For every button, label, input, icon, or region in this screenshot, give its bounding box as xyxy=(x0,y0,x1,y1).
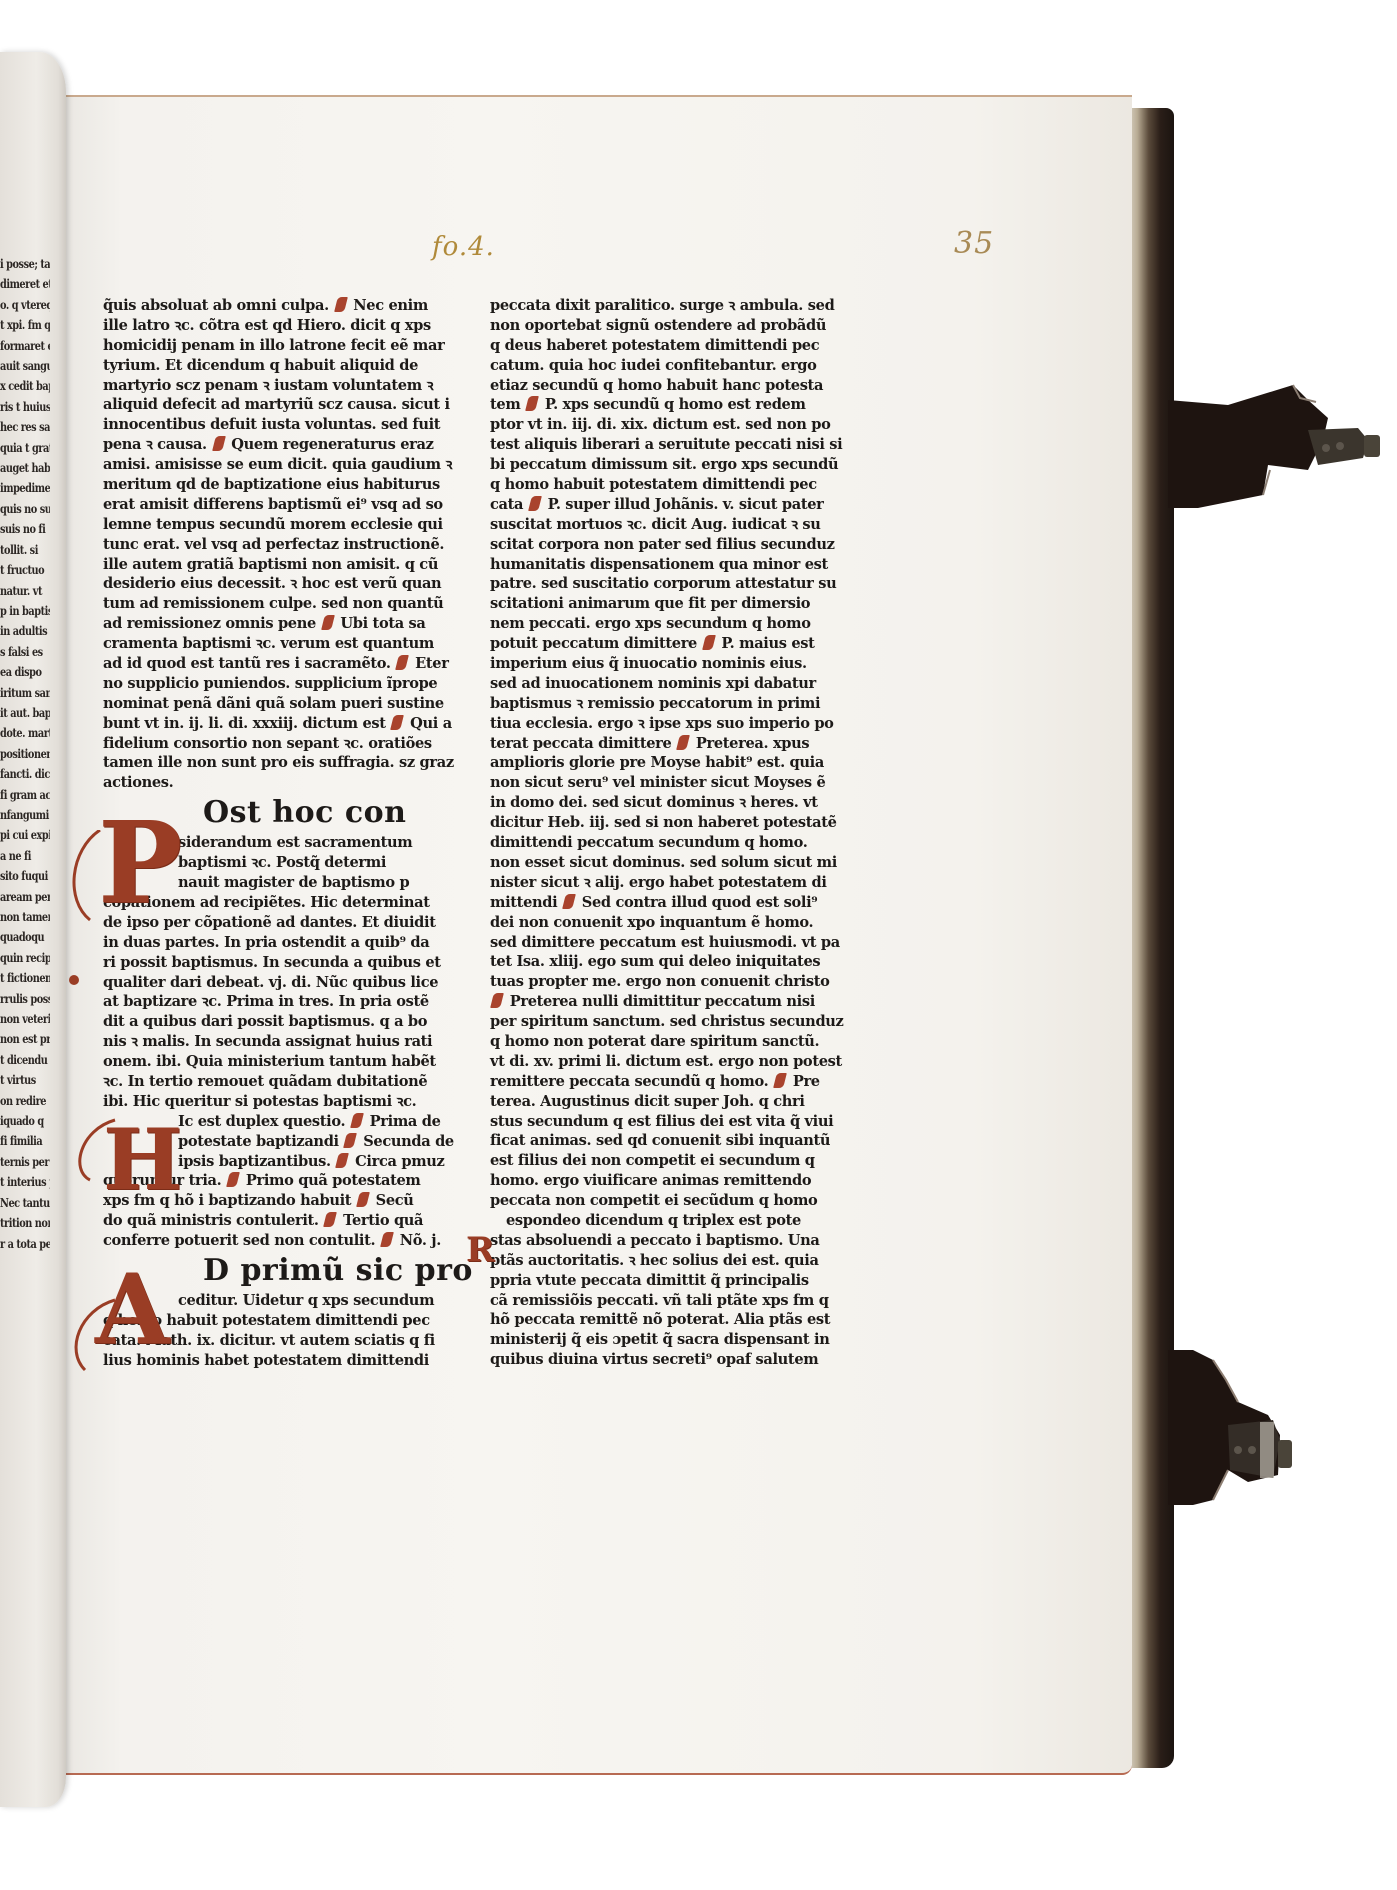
text-line: remittere peccata secundũ q homo. Pre xyxy=(490,1072,838,1092)
left-page-line: r a tota pena ab xyxy=(0,1234,50,1254)
text-line: no supplicio puniendos. supplicium ĩprop… xyxy=(103,674,443,694)
text-line: at baptizare ꝛc. Prima in tres. In pria … xyxy=(103,992,443,1012)
left-page-line: fi gram ac xyxy=(0,785,50,805)
left-page-line: p in baptis xyxy=(0,601,50,621)
left-page-line: in adultis xyxy=(0,621,50,641)
text-line: non oportebat signũ ostendere ad probãdũ xyxy=(490,316,838,336)
text-line: vt di. xv. primi li. dictum est. ergo no… xyxy=(490,1052,838,1072)
text-line: ptãs auctoritatis. ꝛ hec solius dei est.… xyxy=(490,1251,838,1271)
left-page-line: quin recipian xyxy=(0,948,50,968)
left-page-line: hec res sacri xyxy=(0,417,50,437)
paragraph-mark-icon xyxy=(525,396,539,411)
paragraph-mark-icon xyxy=(344,1133,358,1148)
left-page-line: quadoqu xyxy=(0,927,50,947)
text-line: sed dimittere peccatum est huiusmodi. vt… xyxy=(490,933,838,953)
paragraph-mark-icon xyxy=(356,1192,370,1207)
text-line: homicidij penam in illo latrone fecit eẽ… xyxy=(103,336,443,356)
text-line: ad remissionez omnis pene Ubi tota sa xyxy=(103,614,443,634)
text-line: ibi. Hic queritur si potestas baptismi ꝛ… xyxy=(103,1092,443,1112)
text-line: ꝛc. In tertio remouet quãdam dubitationẽ xyxy=(103,1072,443,1092)
text-line: hõ peccata remittẽ nõ poterat. Alia ptãs… xyxy=(490,1310,838,1330)
text-line: cã remissiõis peccati. vñ tali ptãte xps… xyxy=(490,1291,838,1311)
text-line: lemne tempus secundũ morem ecclesie qui xyxy=(103,515,443,535)
left-page-line: ea dispo xyxy=(0,662,50,682)
text-line: martyrio scz penam ꝛ iustam voluntatem ꝛ xyxy=(103,376,443,396)
text-line: dimittendi peccatum secundum q homo. xyxy=(490,833,838,853)
upper-clasp xyxy=(1168,380,1383,515)
text-line: sed ad inuocationem nominis xpi dabatur xyxy=(490,674,838,694)
text-line: tunc erat. vel vsq ad perfectaz instruct… xyxy=(103,535,443,555)
text-line: potuit peccatum dimittere P. maius est xyxy=(490,634,838,654)
left-page-line: it aut. baptis xyxy=(0,703,50,723)
text-line: dicitur Heb. iij. sed si non haberet pot… xyxy=(490,813,838,833)
left-page-line: iquado q xyxy=(0,1111,50,1131)
paragraph-mark-icon xyxy=(226,1172,240,1187)
left-page-line: t virtus xyxy=(0,1070,50,1090)
folio-annotation: fo.4. xyxy=(432,232,495,262)
text-line: ille autem gratiã baptismi non amisit. q… xyxy=(103,555,443,575)
left-page-line: auit sanguinis xyxy=(0,356,50,376)
text-line: humanitatis dispensationem qua minor est xyxy=(490,555,838,575)
paragraph-mark-icon xyxy=(350,1113,364,1128)
text-line: test aliquis liberari a seruitute peccat… xyxy=(490,435,838,455)
left-page-line: suis no fi xyxy=(0,519,50,539)
text-line: nis ꝛ malis. In secunda assignat huius r… xyxy=(103,1032,443,1052)
text-line: mittendi Sed contra illud quod est soli⁹ xyxy=(490,893,838,913)
text-line: aliquid defecit ad martyriũ scz causa. s… xyxy=(103,395,443,415)
book-cover-edge xyxy=(1128,108,1174,1768)
left-page-line: trition non tota xyxy=(0,1213,50,1233)
left-page-line: i posse; tare qu xyxy=(0,254,50,274)
text-line: in duas partes. In pria ostendit a quib⁹… xyxy=(103,933,443,953)
left-page-line: o. q vtereq bap xyxy=(0,295,50,315)
paragraph-mark-icon xyxy=(562,894,576,909)
paragraph-mark-icon xyxy=(212,436,226,451)
left-page-text: i posse; tare qudimeret etia quo. q vter… xyxy=(0,254,50,1254)
left-page-line: t fictionem xyxy=(0,968,50,988)
left-page-fragment: i posse; tare qudimeret etia quo. q vter… xyxy=(0,52,66,1807)
left-page-line: non tamen xyxy=(0,907,50,927)
text-line: espondeo dicendum q triplex est pote xyxy=(490,1211,838,1231)
left-page-line: ternis per xyxy=(0,1152,50,1172)
text-line: scitationi animarum que fit per dimersio xyxy=(490,594,838,614)
text-line: ficat animas. sed qd conuenit sibi inqua… xyxy=(490,1131,838,1151)
left-page-line: dote. mart xyxy=(0,723,50,743)
paragraph-mark-icon xyxy=(528,496,542,511)
text-line: patre. sed suscitatio corporum attestatu… xyxy=(490,574,838,594)
text-line: bi peccatum dimissum sit. ergo xps secun… xyxy=(490,455,838,475)
left-page-line: impedimentu xyxy=(0,478,50,498)
left-page-line: quis no su pa xyxy=(0,499,50,519)
text-line: amisi. amisisse se eum dicit. quia gaudi… xyxy=(103,455,443,475)
text-line: terea. Augustinus dicit super Joh. q chr… xyxy=(490,1092,838,1112)
text-line: desiderio eius decessit. ꝛ hoc est verũ … xyxy=(103,574,443,594)
text-line: tiua ecclesia. ergo ꝛ ipse xps suo imper… xyxy=(490,714,838,734)
text-line: tet Isa. xliij. ego sum qui deleo iniqui… xyxy=(490,952,838,972)
left-page-line: non veteris xyxy=(0,1009,50,1029)
text-line: nem peccati. ergo xps secundum q homo xyxy=(490,614,838,634)
left-page-line: pi cui expi xyxy=(0,825,50,845)
text-line: nominat penã dãni quã solam pueri sustin… xyxy=(103,694,443,714)
left-page-line: t dicendu xyxy=(0,1050,50,1070)
left-page-line: non est prim xyxy=(0,1029,50,1049)
text-line: stus secundum q est filius dei est vita … xyxy=(490,1112,838,1132)
text-line: etiaz secundũ q homo habuit hanc potesta xyxy=(490,376,838,396)
left-page-line: formaret ei fati xyxy=(0,336,50,356)
text-line: ri possit baptismus. In secunda a quibus… xyxy=(103,953,443,973)
text-line: per spiritum sanctum. sed christus secun… xyxy=(490,1012,838,1032)
text-line: tamen ille non sunt pro eis suffragia. s… xyxy=(103,753,443,773)
left-page-line: dimeret etia qu xyxy=(0,274,50,294)
paragraph-mark-icon xyxy=(490,993,504,1008)
text-line: fidelium consortio non sepant ꝛc. oratiõ… xyxy=(103,734,443,754)
text-line: ad id quod est tantũ res i sacramẽto. Et… xyxy=(103,654,443,674)
text-line: nister sicut ꝛ alij. ergo habet potestat… xyxy=(490,873,838,893)
left-page-line: sito fuqui xyxy=(0,866,50,886)
text-line: quibus diuina virtus secreti⁹ opaf salut… xyxy=(490,1350,838,1370)
text-line: est filius dei non competit ei secundum … xyxy=(490,1151,838,1171)
paragraph-mark-icon xyxy=(391,715,405,730)
text-line: tyrium. Et dicendum q habuit aliquid de xyxy=(103,356,443,376)
text-line: conferre potuerit sed non contulit. Nõ. … xyxy=(103,1231,443,1251)
text-line: tuas propter me. ergo non conuenit chris… xyxy=(490,972,838,992)
left-page-line: a ne fi xyxy=(0,846,50,866)
left-page-line: t fructuo xyxy=(0,560,50,580)
text-line: actiones. xyxy=(103,773,443,793)
clasp-icon xyxy=(1168,380,1383,515)
text-line: catum. quia hoc iudei confitebantur. erg… xyxy=(490,356,838,376)
text-line: ptor vt in. iij. di. xix. dictum est. se… xyxy=(490,415,838,435)
paragraph-mark-icon xyxy=(334,297,348,312)
text-line: non sicut seru⁹ vel minister sicut Moyse… xyxy=(490,773,838,793)
left-page-line: fancti. dici xyxy=(0,764,50,784)
left-page-line: s falsi es xyxy=(0,642,50,662)
left-page-line: ris t huiusmod xyxy=(0,397,50,417)
text-line: dei non conuenit xpo inquantum ẽ homo. xyxy=(490,913,838,933)
left-page-line: t interius pe xyxy=(0,1172,50,1192)
text-line: ministerij q̃ eis ɔpetit q̃ sacra dispen… xyxy=(490,1330,838,1350)
left-page-line: positionem xyxy=(0,744,50,764)
left-page-line: iritum sanct xyxy=(0,683,50,703)
text-line: q homo non poterat dare spiritum sanctũ. xyxy=(490,1032,838,1052)
left-page-line: Nec tantum pu xyxy=(0,1193,50,1213)
left-page-line: auget habeti xyxy=(0,458,50,478)
text-line: non esset sicut dominus. sed solum sicut… xyxy=(490,853,838,873)
text-line: peccata non competit ei secũdum q homo xyxy=(490,1191,838,1211)
text-line: qualiter dari debeat. vj. di. Nũc quibus… xyxy=(103,973,443,993)
left-page-line: on redire xyxy=(0,1091,50,1111)
left-page-line: aream per gr xyxy=(0,887,50,907)
flourish-icon xyxy=(60,830,120,1390)
text-line: pena ꝛ causa. Quem regeneraturus eraz xyxy=(103,435,443,455)
text-line: do quã ministris contulerit. Tertio quã xyxy=(103,1211,443,1231)
left-page-line: quia t gratia xyxy=(0,438,50,458)
left-page-line: fi fimilia xyxy=(0,1131,50,1151)
left-page-line: tollit. si xyxy=(0,540,50,560)
paragraph-mark-icon xyxy=(396,655,410,670)
left-page-line: t xpi. fm q ei xyxy=(0,315,50,335)
left-page-line: rrulis poss xyxy=(0,989,50,1009)
paragraph-mark-icon xyxy=(336,1153,350,1168)
paragraph-mark-icon xyxy=(702,635,716,650)
lower-clasp xyxy=(1168,1340,1328,1510)
text-line: baptismus ꝛ remissio peccatorum in primi xyxy=(490,694,838,714)
text-line: scitat corpora non pater sed filius secu… xyxy=(490,535,838,555)
left-page-line: x cedit baptis xyxy=(0,376,50,396)
text-line: dit a quibus dari possit baptismus. q a … xyxy=(103,1012,443,1032)
text-line: ppria vtute peccata dimittit q̃ principa… xyxy=(490,1271,838,1291)
left-page-line: nfangumi xyxy=(0,805,50,825)
text-line: terat peccata dimittere Preterea. xpus xyxy=(490,734,838,754)
paragraph-mark-icon xyxy=(321,615,335,630)
page-number: 35 xyxy=(954,226,994,261)
text-line: cramenta baptismi ꝛc. verum est quantum xyxy=(103,634,443,654)
text-line: onem. ibi. Quia ministerium tantum habẽt xyxy=(103,1052,443,1072)
text-line: peccata dixit paralitico. surge ꝛ ambula… xyxy=(490,296,838,316)
paragraph-mark-icon xyxy=(773,1073,787,1088)
text-line: q homo habuit potestatem dimittendi pec xyxy=(490,475,838,495)
text-line: ille latro ꝛc. cõtra est qd Hiero. dicit… xyxy=(103,316,443,336)
right-text-column: peccata dixit paralitico. surge ꝛ ambula… xyxy=(490,296,838,1370)
initial-r: R xyxy=(466,1233,494,1267)
text-line: Preterea nulli dimittitur peccatum nisi xyxy=(490,992,838,1012)
text-line: amplioris glorie pre Moyse habit⁹ est. q… xyxy=(490,753,838,773)
text-line: imperium eius q̃ inuocatio nominis eius. xyxy=(490,654,838,674)
paragraph-mark-icon xyxy=(380,1232,394,1247)
left-page-line: natur. vt xyxy=(0,581,50,601)
text-line: tem P. xps secundũ q homo est redem xyxy=(490,395,838,415)
text-line: meritum qd de baptizatione eius habituru… xyxy=(103,475,443,495)
clasp-icon xyxy=(1168,1340,1328,1510)
text-line: stas absoluendi a peccato i baptismo. Un… xyxy=(490,1231,838,1251)
text-line: suscitat mortuos ꝛc. dicit Aug. iudicat … xyxy=(490,515,838,535)
paragraph-mark-icon xyxy=(324,1212,338,1227)
text-line: q̃uis absoluat ab omni culpa. Nec enim xyxy=(103,296,443,316)
text-line: cata P. super illud Johãnis. v. sicut pa… xyxy=(490,495,838,515)
paragraph-mark-icon xyxy=(676,735,690,750)
text-line: innocentibus defuit iusta voluntas. sed … xyxy=(103,415,443,435)
text-line: q deus haberet potestatem dimittendi pec xyxy=(490,336,838,356)
text-line: homo. ergo viuificare animas remittendo xyxy=(490,1171,838,1191)
text-line: tum ad remissionem culpe. sed non quantũ xyxy=(103,594,443,614)
text-line: bunt vt in. ij. li. di. xxxiij. dictum e… xyxy=(103,714,443,734)
text-line: erat amisit differens baptismũ ei⁹ vsq a… xyxy=(103,495,443,515)
text-line: in domo dei. sed sicut dominus ꝛ heres. … xyxy=(490,793,838,813)
